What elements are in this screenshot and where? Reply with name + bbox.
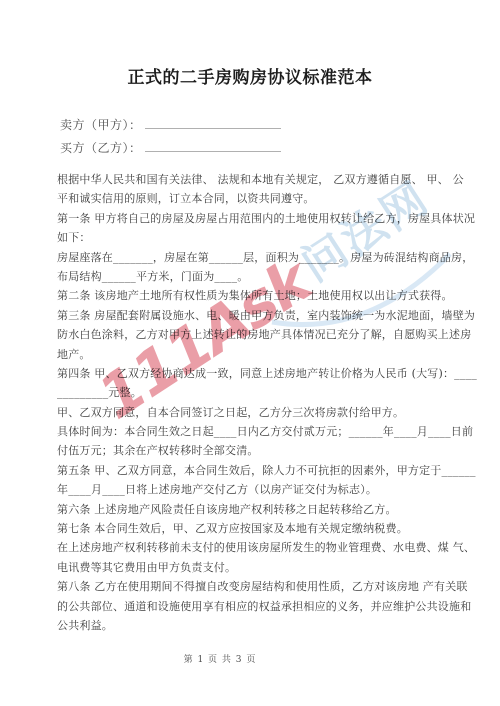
body-line: 甲、乙双方同意，自本合同签订之日起，乙方分三次将房款付给甲方。 <box>57 403 457 422</box>
body-line-clause-6: 第六条 上述房地产风险责任自该房地产权利转移之日起转移给乙方。 <box>57 500 457 519</box>
page-title: 正式的二手房购房协议标准范本 <box>0 63 500 88</box>
contract-document-page: 正式的二手房购房协议标准范本 卖方（甲方）： 买方（乙方）： 根据中华人民共和国… <box>0 0 500 706</box>
buyer-party-row: 买方（乙方）： <box>60 139 281 156</box>
body-line: 布局结构______平方米，门面为____。 <box>57 267 457 286</box>
body-line-clause-8: 第八条 乙方在使用期间不得擅自改变房屋结构和使用性质，乙方对该房地 产有关联 <box>57 577 457 596</box>
body-line: _________元整。 <box>57 383 457 402</box>
contract-body: 根据中华人民共和国有关法律、 法规和本地有关规定， 乙双方遵循自愿、 甲、 公 … <box>57 170 457 635</box>
body-line: 防水白色涂料，乙方对甲方上述转让的房地产具体情况已充分了解，自愿购买上述房 <box>57 325 457 344</box>
body-line-clause-3: 第三条 房屋配套附属设施水、电、暖由甲方负责，室内装饰统一为水泥地面，墙壁为 <box>57 306 457 325</box>
body-line-clause-7: 第七条 本合同生效后，甲、乙双方应按国家及本地有关规定缴纳税费。 <box>57 519 457 538</box>
buyer-label: 买方（乙方）： <box>60 141 142 155</box>
body-line: 电讯费等其它费用由甲方负责支付。 <box>57 558 457 577</box>
seller-label: 卖方（甲方）： <box>60 118 142 132</box>
body-line: 付伍万元；其余在产权转移时全部交清。 <box>57 441 457 460</box>
body-line-clause-1: 第一条 甲方将自己的房屋及房屋占用范围内的土地使用权转让给乙方，房屋具体状况 <box>57 209 457 228</box>
body-line: 在上述房地产权利转移前未支付的使用该房屋所发生的物业管理费、水电费、煤 气、 <box>57 538 457 557</box>
buyer-blank-line <box>145 139 281 152</box>
body-line: 公共利益。 <box>57 616 457 635</box>
seller-blank-line <box>145 116 281 129</box>
body-line: 具体时间为：本合同生效之日起____日内乙方交付贰万元；______年____月… <box>57 422 457 441</box>
seller-party-row: 卖方（甲方）： <box>60 116 281 133</box>
body-line-clause-5: 第五条 甲、乙双方同意，本合同生效后，除人力不可抗拒的因素外，甲方定于_____… <box>57 461 457 480</box>
body-line: 如下： <box>57 228 457 247</box>
page-number-footer: 第 1 页 共 3 页 <box>0 652 440 665</box>
body-line-clause-4: 第四条 甲、乙双方经协商达成一致，同意上述房地产转让价格为人民币 (大写)：__… <box>57 364 457 383</box>
body-line: 年____月____日将上述房地产交付乙方（以房产证交付为标志）。 <box>57 480 457 499</box>
body-line: 平和诚实信用的原则，订立本合同，以资共同遵守。 <box>57 189 457 208</box>
body-line: 地产。 <box>57 345 457 364</box>
body-line-clause-2: 第二条 该房地产土地所有权性质为集体所有土地；土地使用权以出让方式获得。 <box>57 286 457 305</box>
body-line: 根据中华人民共和国有关法律、 法规和本地有关规定， 乙双方遵循自愿、 甲、 公 <box>57 170 457 189</box>
body-line: 房屋座落在_______，房屋在第______层，面积为_______。房屋为砖… <box>57 248 457 267</box>
body-line: 的公共部位、通道和设施使用享有相应的权益承担相应的义务，并应维护公共设施和 <box>57 597 457 616</box>
